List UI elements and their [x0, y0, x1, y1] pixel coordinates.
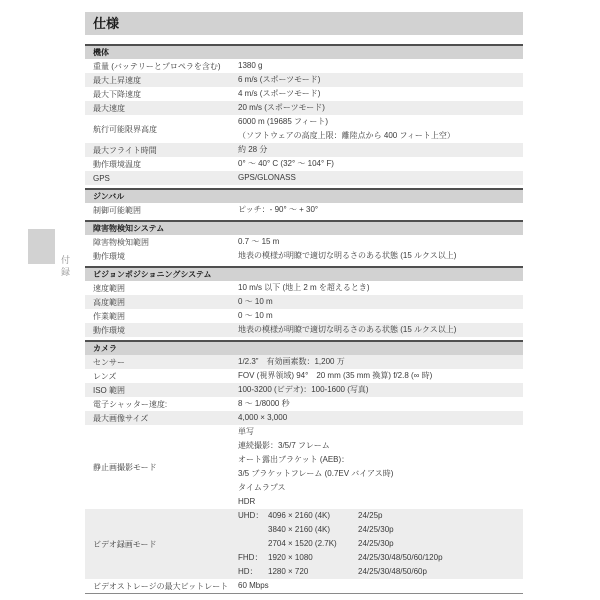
- section-header: ジンバル: [85, 188, 523, 203]
- row-value: 4 m/s (スポーツモード): [238, 87, 523, 101]
- section-header: カメラ: [85, 340, 523, 355]
- video-framerates: 24/25/30p: [358, 523, 523, 537]
- video-mode-line: FHD：1920 × 108024/25/30/48/50/60/120p: [238, 551, 523, 565]
- video-format-prefix: FHD：: [238, 551, 268, 565]
- row-value-line: 0.7 ～ 15 m: [238, 235, 523, 249]
- row-value: ピッチ：- 90° ～ + 30°: [238, 203, 523, 217]
- row-value: 6000 m (19685 フィート)（ソフトウェアの高度上限：離陸点から 40…: [238, 115, 523, 143]
- spec-row: 航行可能限界高度6000 m (19685 フィート)（ソフトウェアの高度上限：…: [85, 115, 523, 143]
- row-value-line: 6 m/s (スポーツモード): [238, 73, 523, 87]
- row-value: 4,000 × 3,000: [238, 411, 523, 425]
- video-format-prefix: UHD：: [238, 509, 268, 523]
- row-label: レンズ: [85, 369, 238, 383]
- video-mode-line: 3840 × 2160 (4K)24/25/30p: [238, 523, 523, 537]
- spec-row: 動作環境温度0° ～ 40° C (32° ～ 104° F): [85, 157, 523, 171]
- row-label: 制御可能範囲: [85, 203, 238, 217]
- row-label: 動作環境: [85, 249, 238, 263]
- row-value-line: タイムラプス: [238, 481, 523, 495]
- video-mode-line: 2704 × 1520 (2.7K)24/25/30p: [238, 537, 523, 551]
- section-header: 障害物検知システム: [85, 220, 523, 235]
- row-label: 電子シャッター速度:: [85, 397, 238, 411]
- row-value: 単写連続撮影：3/5/7 フレームオート露出ブラケット (AEB)：3/5 ブラ…: [238, 425, 523, 509]
- spec-row: 制御可能範囲ピッチ：- 90° ～ + 30°: [85, 203, 523, 217]
- appendix-side-label: 付録: [59, 255, 72, 279]
- row-value-line: 4,000 × 3,000: [238, 411, 523, 425]
- row-value: 0 ～ 10 m: [238, 309, 523, 323]
- video-framerates: 24/25/30p: [358, 537, 523, 551]
- row-value-line: 20 m/s (スポーツモード): [238, 101, 523, 115]
- row-label: 最大フライト時間: [85, 143, 238, 157]
- page-title: 仕様: [85, 12, 523, 35]
- row-label: ビデオ録画モード: [85, 509, 238, 579]
- row-value: 地表の模様が明瞭で適切な明るさのある状態 (15 ルクス以上): [238, 323, 523, 337]
- row-value-line: 8 ～ 1/8000 秒: [238, 397, 523, 411]
- row-value-line: オート露出ブラケット (AEB)：: [238, 453, 523, 467]
- row-value-line: 0 ～ 10 m: [238, 295, 523, 309]
- row-value: 0 ～ 10 m: [238, 295, 523, 309]
- row-value-line: 4 m/s (スポーツモード): [238, 87, 523, 101]
- video-resolution: 1280 × 720: [268, 565, 358, 579]
- spec-row: ビデオ録画モードUHD：4096 × 2160 (4K)24/25p3840 ×…: [85, 509, 523, 579]
- spec-row: 障害物検知範囲0.7 ～ 15 m: [85, 235, 523, 249]
- video-mode-line: HD：1280 × 72024/25/30/48/50/60p: [238, 565, 523, 579]
- row-value-line: 地表の模様が明瞭で適切な明るさのある状態 (15 ルクス以上): [238, 249, 523, 263]
- spec-row: 速度範囲10 m/s 以下 (地上 2 m を超えるとき): [85, 281, 523, 295]
- video-format-prefix: [238, 523, 268, 537]
- row-value-line: 1/2.3” 有効画素数：1,200 万: [238, 355, 523, 369]
- row-value: 20 m/s (スポーツモード): [238, 101, 523, 115]
- row-label: センサー: [85, 355, 238, 369]
- section-header: ビジョンポジショニングシステム: [85, 266, 523, 281]
- spec-row: 電子シャッター速度:8 ～ 1/8000 秒: [85, 397, 523, 411]
- row-value-line: FOV (視界領域) 94° 20 mm (35 mm 換算) f/2.8 (∞…: [238, 369, 523, 383]
- row-label: 速度範囲: [85, 281, 238, 295]
- row-value: 1/2.3” 有効画素数：1,200 万: [238, 355, 523, 369]
- row-value: GPS/GLONASS: [238, 171, 523, 185]
- row-value: 地表の模様が明瞭で適切な明るさのある状態 (15 ルクス以上): [238, 249, 523, 263]
- spec-row: ビデオストレージの最大ビットレート60 Mbps: [85, 579, 523, 593]
- spec-row: 最大下降速度4 m/s (スポーツモード): [85, 87, 523, 101]
- row-value: 0° ～ 40° C (32° ～ 104° F): [238, 157, 523, 171]
- row-value: 0.7 ～ 15 m: [238, 235, 523, 249]
- spec-row: レンズFOV (視界領域) 94° 20 mm (35 mm 換算) f/2.8…: [85, 369, 523, 383]
- row-value-line: 地表の模様が明瞭で適切な明るさのある状態 (15 ルクス以上): [238, 323, 523, 337]
- row-value-line: 10 m/s 以下 (地上 2 m を超えるとき): [238, 281, 523, 295]
- row-label: 重量 (バッテリーとプロペラを含む): [85, 59, 238, 73]
- spec-page: 仕様 機体重量 (バッテリーとプロペラを含む)1380 g最大上昇速度6 m/s…: [85, 12, 523, 594]
- page: 付録 仕様 機体重量 (バッテリーとプロペラを含む)1380 g最大上昇速度6 …: [0, 0, 600, 600]
- video-framerates: 24/25p: [358, 509, 523, 523]
- row-label: 最大画像サイズ: [85, 411, 238, 425]
- row-label: 静止画撮影モード: [85, 425, 238, 509]
- table-bottom-rule: [85, 593, 523, 594]
- row-value-line: 約 28 分: [238, 143, 523, 157]
- spec-row: 作業範囲0 ～ 10 m: [85, 309, 523, 323]
- row-value-line: 6000 m (19685 フィート): [238, 115, 523, 129]
- spec-row: 動作環境地表の模様が明瞭で適切な明るさのある状態 (15 ルクス以上): [85, 249, 523, 263]
- video-mode-line: UHD：4096 × 2160 (4K)24/25p: [238, 509, 523, 523]
- spec-row: 最大フライト時間約 28 分: [85, 143, 523, 157]
- row-value-line: HDR: [238, 495, 523, 509]
- spec-row: GPSGPS/GLONASS: [85, 171, 523, 185]
- row-label: 高度範囲: [85, 295, 238, 309]
- spec-row: 最大上昇速度6 m/s (スポーツモード): [85, 73, 523, 87]
- spec-row: 静止画撮影モード単写連続撮影：3/5/7 フレームオート露出ブラケット (AEB…: [85, 425, 523, 509]
- row-value: 60 Mbps: [238, 579, 523, 593]
- row-label: 動作環境: [85, 323, 238, 337]
- row-value: 約 28 分: [238, 143, 523, 157]
- row-value-line: 1380 g: [238, 59, 523, 73]
- row-value-line: 0° ～ 40° C (32° ～ 104° F): [238, 157, 523, 171]
- row-label: 最大速度: [85, 101, 238, 115]
- row-value: 6 m/s (スポーツモード): [238, 73, 523, 87]
- row-label: 最大下降速度: [85, 87, 238, 101]
- spec-row: 重量 (バッテリーとプロペラを含む)1380 g: [85, 59, 523, 73]
- video-framerates: 24/25/30/48/50/60/120p: [358, 551, 523, 565]
- video-format-prefix: [238, 537, 268, 551]
- row-value-line: 単写: [238, 425, 523, 439]
- video-resolution: 1920 × 1080: [268, 551, 358, 565]
- row-value-line: 100-3200 (ビデオ)：100-1600 (写真): [238, 383, 523, 397]
- video-format-prefix: HD：: [238, 565, 268, 579]
- row-label: 動作環境温度: [85, 157, 238, 171]
- spec-row: 最大速度20 m/s (スポーツモード): [85, 101, 523, 115]
- row-value: 1380 g: [238, 59, 523, 73]
- spec-row: 最大画像サイズ4,000 × 3,000: [85, 411, 523, 425]
- video-resolution: 4096 × 2160 (4K): [268, 509, 358, 523]
- spec-row: センサー1/2.3” 有効画素数：1,200 万: [85, 355, 523, 369]
- row-value-line: ピッチ：- 90° ～ + 30°: [238, 203, 523, 217]
- spec-table: 機体重量 (バッテリーとプロペラを含む)1380 g最大上昇速度6 m/s (ス…: [85, 44, 523, 594]
- row-label: GPS: [85, 171, 238, 185]
- row-value-line: 60 Mbps: [238, 579, 523, 593]
- row-label: 障害物検知範囲: [85, 235, 238, 249]
- row-value-line: 3/5 ブラケットフレーム (0.7EV バイアス時): [238, 467, 523, 481]
- row-value: FOV (視界領域) 94° 20 mm (35 mm 換算) f/2.8 (∞…: [238, 369, 523, 383]
- row-label: 作業範囲: [85, 309, 238, 323]
- row-value: 8 ～ 1/8000 秒: [238, 397, 523, 411]
- section-header: 機体: [85, 44, 523, 59]
- row-value-line: 連続撮影：3/5/7 フレーム: [238, 439, 523, 453]
- row-label: ビデオストレージの最大ビットレート: [85, 579, 238, 593]
- video-framerates: 24/25/30/48/50/60p: [358, 565, 523, 579]
- row-label: 航行可能限界高度: [85, 115, 238, 143]
- row-value: UHD：4096 × 2160 (4K)24/25p3840 × 2160 (4…: [238, 509, 523, 579]
- video-resolution: 3840 × 2160 (4K): [268, 523, 358, 537]
- spec-row: 高度範囲0 ～ 10 m: [85, 295, 523, 309]
- row-value: 100-3200 (ビデオ)：100-1600 (写真): [238, 383, 523, 397]
- row-label: 最大上昇速度: [85, 73, 238, 87]
- video-resolution: 2704 × 1520 (2.7K): [268, 537, 358, 551]
- appendix-tab-marker: [28, 229, 55, 264]
- row-value-line: （ソフトウェアの高度上限：離陸点から 400 フィート上空）: [238, 129, 523, 143]
- spec-row: ISO 範囲100-3200 (ビデオ)：100-1600 (写真): [85, 383, 523, 397]
- row-label: ISO 範囲: [85, 383, 238, 397]
- row-value-line: 0 ～ 10 m: [238, 309, 523, 323]
- spec-row: 動作環境地表の模様が明瞭で適切な明るさのある状態 (15 ルクス以上): [85, 323, 523, 337]
- row-value-line: GPS/GLONASS: [238, 171, 523, 185]
- row-value: 10 m/s 以下 (地上 2 m を超えるとき): [238, 281, 523, 295]
